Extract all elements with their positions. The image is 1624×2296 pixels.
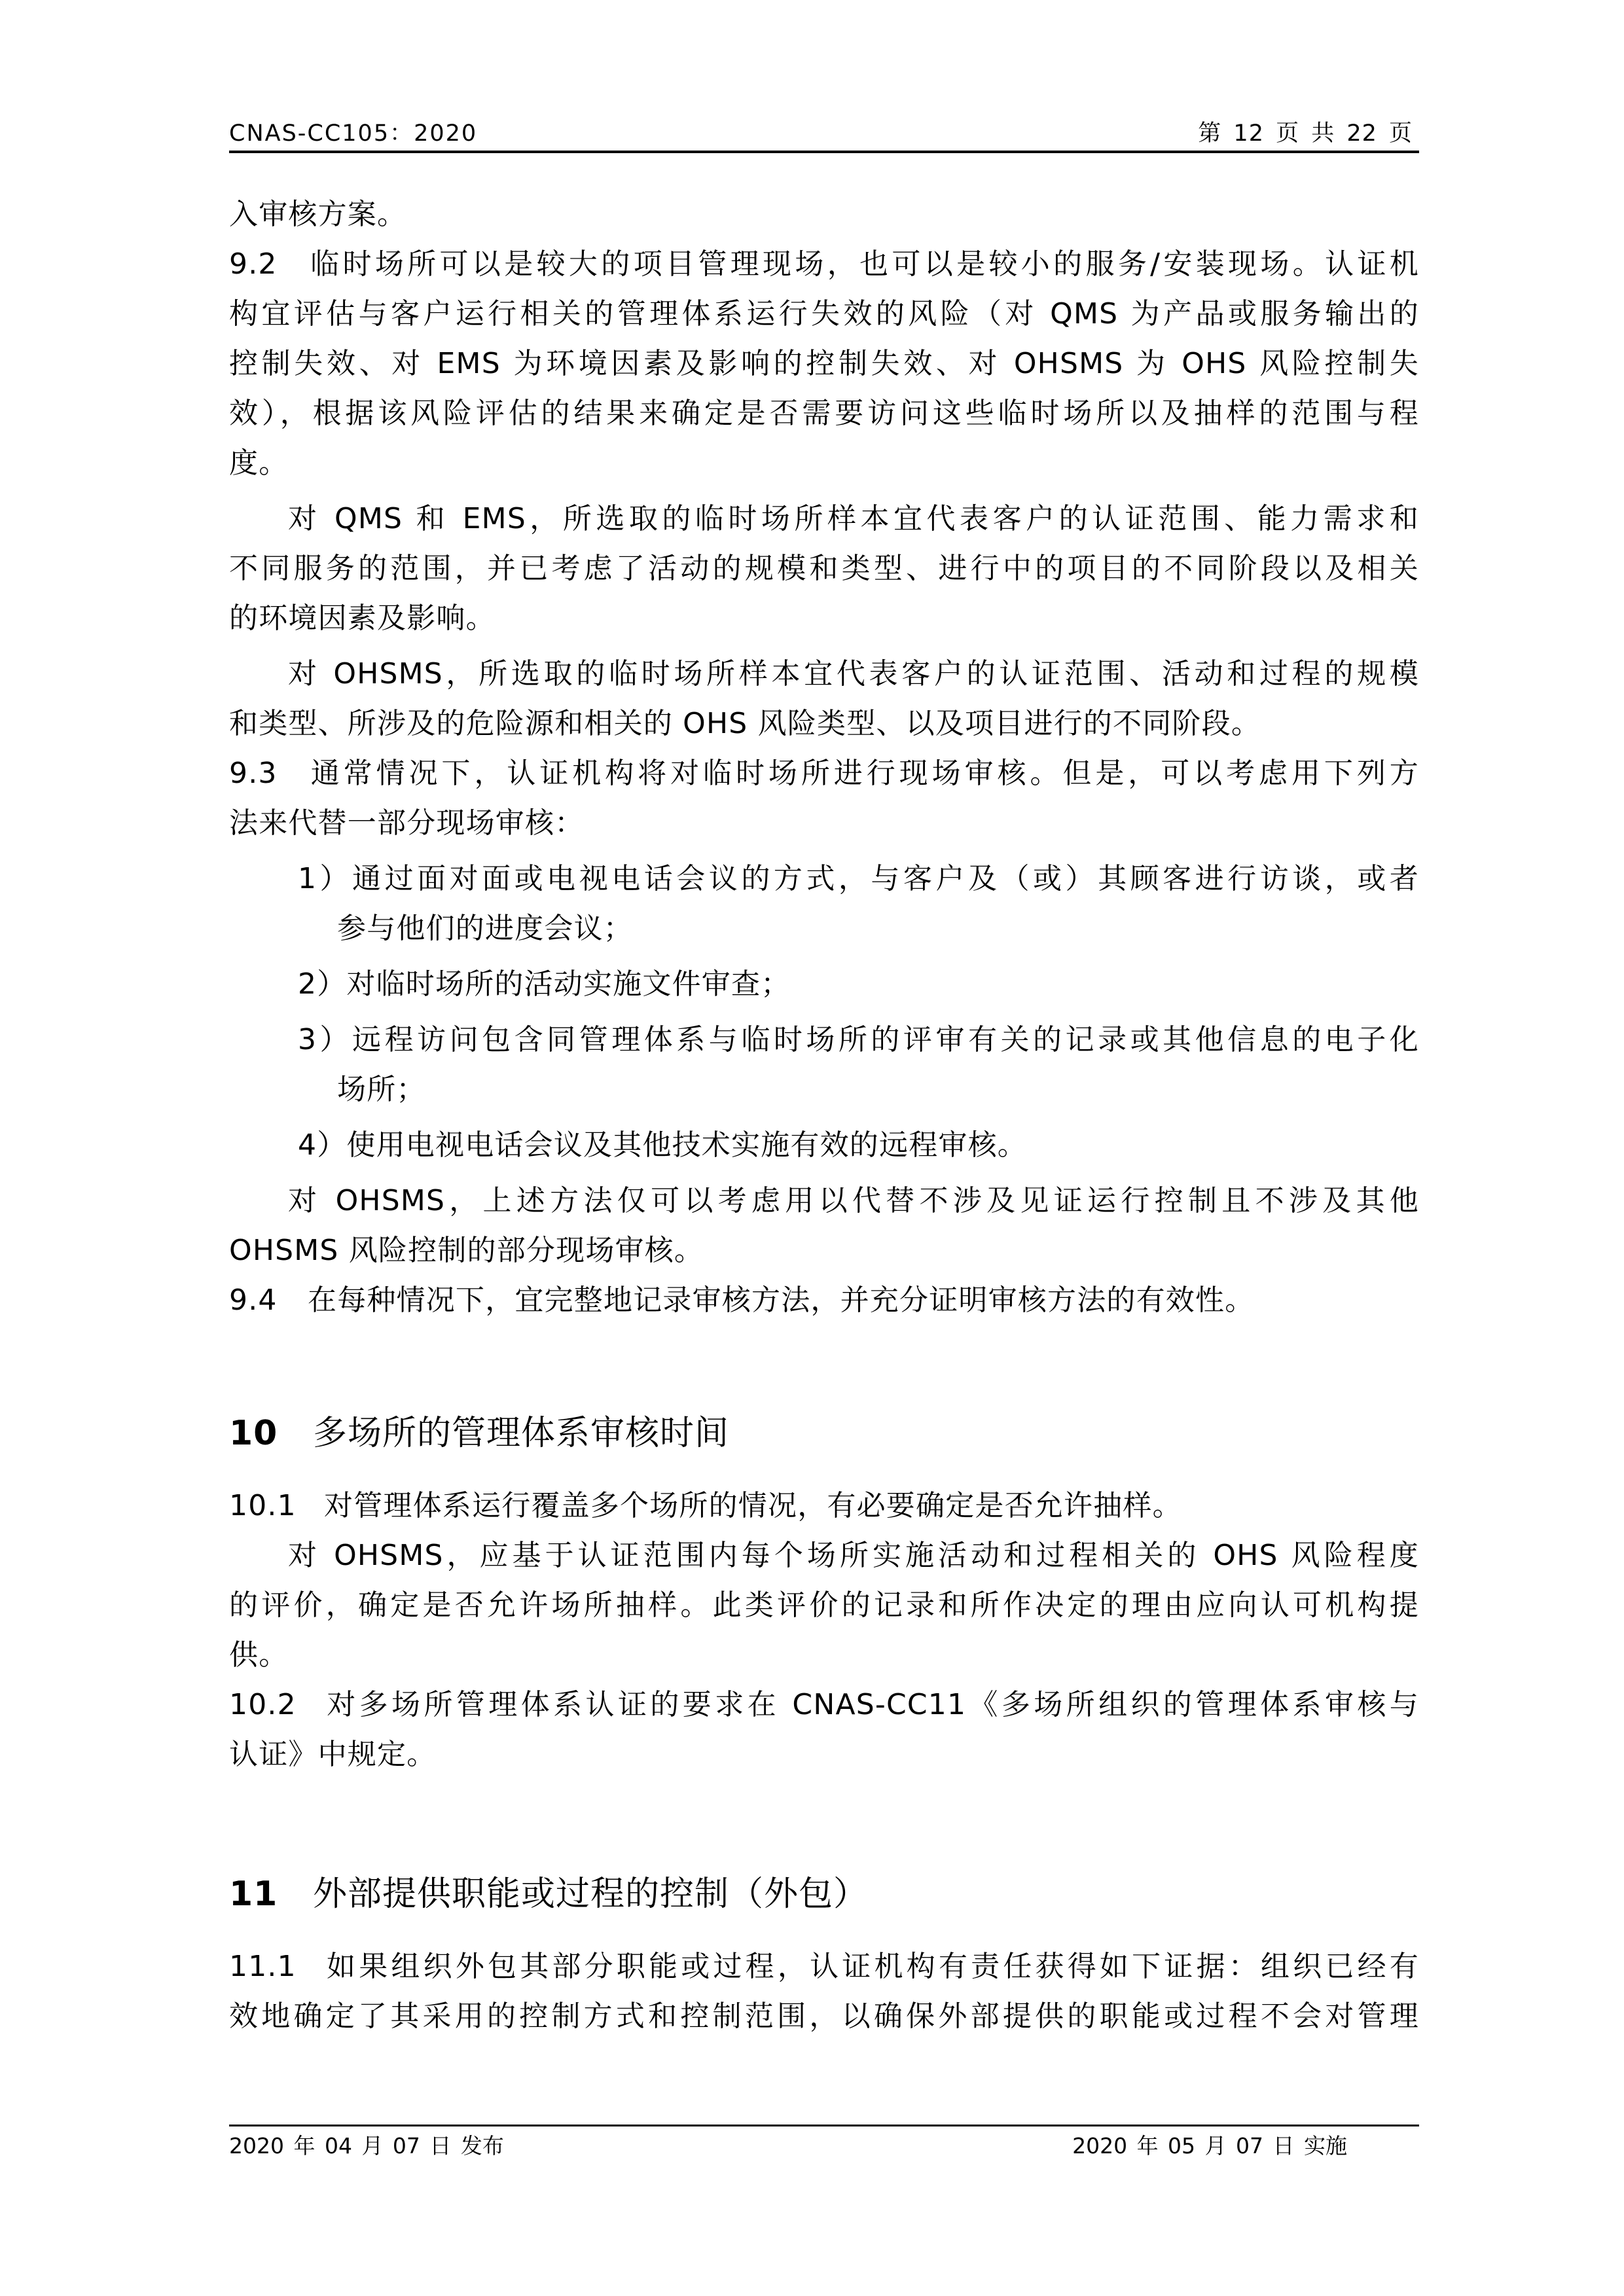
publish-date: 2020 年 04 月 07 日 发布 bbox=[229, 2130, 504, 2162]
list-item-4: 4）使用电视电话会议及其他技术实施有效的远程审核。 bbox=[229, 1121, 1419, 1170]
clause-number: 10.2 bbox=[229, 1680, 324, 1730]
clause-10-1: 10.1对管理体系运行覆盖多个场所的情况，有必要确定是否允许抽样。 bbox=[229, 1481, 1419, 1531]
list-marker: 2） bbox=[298, 967, 346, 1001]
clause-11-1: 11.1如果组织外包其部分职能或过程，认证机构有责任获得如下证据：组织已经有 bbox=[229, 1942, 1419, 1992]
list-item-1-cont: 参与他们的进度会议； bbox=[229, 904, 1419, 954]
page-number: 第 12 页 共 22 页 bbox=[1198, 117, 1413, 151]
clause-11-1-cont: 效地确定了其采用的控制方式和控制范围，以确保外部提供的职能或过程不会对管理 bbox=[229, 1992, 1419, 2041]
continuation-text: 入审核方案。 bbox=[229, 190, 1419, 240]
section-number: 11 bbox=[229, 1865, 313, 1924]
footer-divider bbox=[229, 2125, 1419, 2126]
section-10-heading: 10多场所的管理体系审核时间 bbox=[229, 1404, 1419, 1463]
clause-number: 9.3 bbox=[229, 749, 308, 798]
list-marker: 3） bbox=[298, 1023, 352, 1056]
list-item-3: 3）远程访问包含同管理体系与临时场所的评审有关的记录或其他信息的电子化 bbox=[229, 1015, 1419, 1065]
effective-date: 2020 年 05 月 07 日 实施 bbox=[1072, 2130, 1347, 2162]
paragraph-qms-ems: 的环境因素及影响。 bbox=[229, 594, 1419, 643]
clause-9-2-line: 控制失效、对 EMS 为环境因素及影响的控制失效、对 OHSMS 为 OHS 风… bbox=[229, 339, 1419, 389]
clause-number: 9.2 bbox=[229, 240, 308, 289]
page-content: 入审核方案。 9.2临时场所可以是较大的项目管理现场，也可以是较小的服务/安装现… bbox=[229, 190, 1419, 2041]
clause-9-2-line: 构宜评估与客户运行相关的管理体系运行失效的风险（对 QMS 为产品或服务输出的 bbox=[229, 289, 1419, 339]
clause-9-4: 9.4在每种情况下，宜完整地记录审核方法，并充分证明审核方法的有效性。 bbox=[229, 1276, 1419, 1325]
clause-number: 11.1 bbox=[229, 1942, 324, 1992]
clause-9-2-line: 效），根据该风险评估的结果来确定是否需要访问这些临时场所以及抽样的范围与程 bbox=[229, 389, 1419, 439]
list-marker: 4） bbox=[298, 1128, 346, 1162]
paragraph-ohsms-methods: OHSMS 风险控制的部分现场审核。 bbox=[229, 1226, 1419, 1276]
section-title: 外部提供职能或过程的控制（外包） bbox=[313, 1874, 868, 1914]
list-item-3-cont: 场所； bbox=[229, 1065, 1419, 1115]
paragraph-ohsms-methods: 对 OHSMS，上述方法仅可以考虑用以代替不涉及见证运行控制且不涉及其他 bbox=[229, 1176, 1419, 1226]
clause-10-2-cont: 认证》中规定。 bbox=[229, 1730, 1419, 1780]
paragraph-ohsms-sampling: 的评价，确定是否允许场所抽样。此类评价的记录和所作决定的理由应向认可机构提 bbox=[229, 1581, 1419, 1630]
paragraph-ohsms-sampling: 对 OHSMS，应基于认证范围内每个场所实施活动和过程相关的 OHS 风险程度 bbox=[229, 1531, 1419, 1581]
clause-9-2-line: 9.2临时场所可以是较大的项目管理现场，也可以是较小的服务/安装现场。认证机 bbox=[229, 240, 1419, 289]
clause-9-2-line: 度。 bbox=[229, 439, 1419, 488]
page-footer: 2020 年 04 月 07 日 发布 2020 年 05 月 07 日 实施 bbox=[229, 2130, 1419, 2162]
header-divider bbox=[229, 151, 1419, 153]
paragraph-ohsms-sampling: 供。 bbox=[229, 1630, 1419, 1680]
paragraph-ohsms: 对 OHSMS，所选取的临时场所样本宜代表客户的认证范围、活动和过程的规模 bbox=[229, 649, 1419, 699]
paragraph-qms-ems: 对 QMS 和 EMS，所选取的临时场所样本宜代表客户的认证范围、能力需求和 bbox=[229, 494, 1419, 544]
document-code: CNAS-CC105：2020 bbox=[229, 117, 477, 151]
clause-9-3-line: 法来代替一部分现场审核： bbox=[229, 798, 1419, 848]
list-item-2: 2）对临时场所的活动实施文件审查； bbox=[229, 960, 1419, 1009]
clause-number: 10.1 bbox=[229, 1481, 324, 1531]
paragraph-ohsms: 和类型、所涉及的危险源和相关的 OHS 风险类型、以及项目进行的不同阶段。 bbox=[229, 699, 1419, 749]
section-number: 10 bbox=[229, 1404, 313, 1463]
page-header: CNAS-CC105：2020 第 12 页 共 22 页 bbox=[229, 117, 1419, 151]
clause-number: 9.4 bbox=[229, 1276, 308, 1325]
paragraph-qms-ems: 不同服务的范围，并已考虑了活动的规模和类型、进行中的项目的不同阶段以及相关 bbox=[229, 544, 1419, 594]
list-marker: 1） bbox=[298, 862, 352, 895]
clause-10-2: 10.2对多场所管理体系认证的要求在 CNAS-CC11《多场所组织的管理体系审… bbox=[229, 1680, 1419, 1730]
section-title: 多场所的管理体系审核时间 bbox=[313, 1414, 729, 1453]
clause-9-3-line: 9.3通常情况下，认证机构将对临时场所进行现场审核。但是，可以考虑用下列方 bbox=[229, 749, 1419, 798]
list-item-1: 1）通过面对面或电视电话会议的方式，与客户及（或）其顾客进行访谈，或者 bbox=[229, 854, 1419, 904]
section-11-heading: 11外部提供职能或过程的控制（外包） bbox=[229, 1865, 1419, 1924]
